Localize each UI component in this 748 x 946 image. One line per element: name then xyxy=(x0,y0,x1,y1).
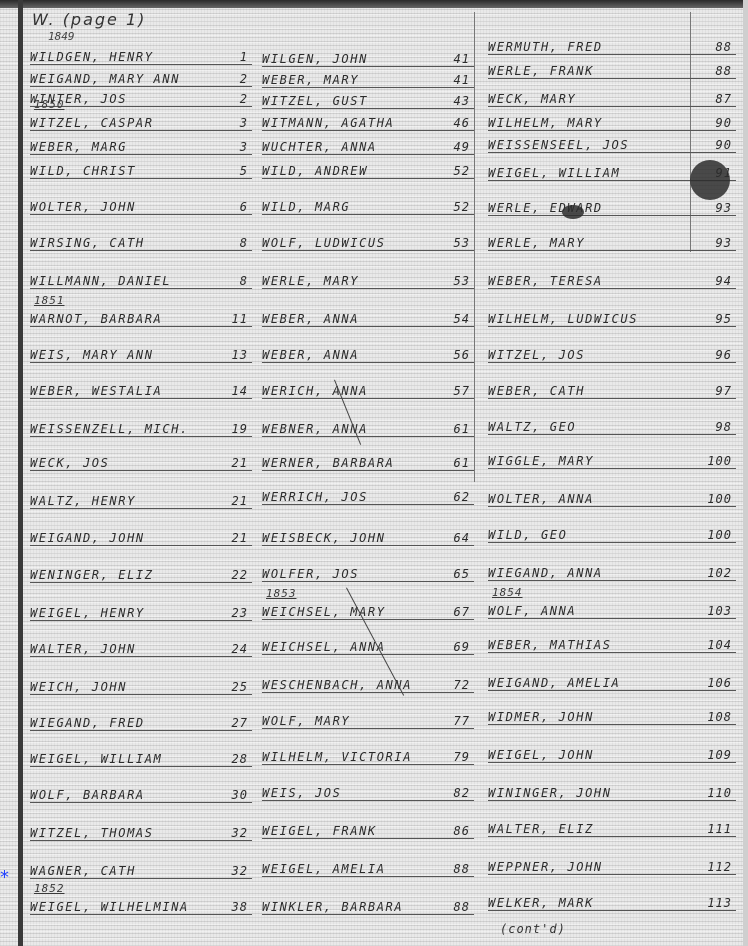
entry-name: WILD, GEO xyxy=(488,528,567,542)
index-entry: WUCHTER, ANNA49 xyxy=(262,138,474,155)
entry-name: WEBER, TERESA xyxy=(488,274,603,288)
entry-page-number: 104 xyxy=(707,638,732,652)
year-marker: 1851 xyxy=(34,294,65,307)
entry-page-number: 113 xyxy=(707,896,732,910)
scan-top-edge xyxy=(0,0,748,8)
entry-name: WITZEL, JOS xyxy=(488,348,585,362)
index-entry: WIDMER, JOHN108 xyxy=(488,708,736,725)
entry-page-number: 2 xyxy=(240,92,248,106)
index-entry: WILD, MARG52 xyxy=(262,198,474,215)
index-entry: WAGNER, CATH32 xyxy=(30,862,252,879)
entry-page-number: 88 xyxy=(454,900,470,914)
entry-name: WEIGEL, HENRY xyxy=(30,606,145,620)
page-header: W. (page 1) xyxy=(32,10,146,29)
entry-name: WILHELM, LUDWICUS xyxy=(488,312,638,326)
index-entry: WERRICH, JOS62 xyxy=(262,488,474,505)
entry-name: WOLFER, JOS xyxy=(262,567,359,581)
entry-page-number: 100 xyxy=(707,454,732,468)
entry-name: WEICHSEL, MARY xyxy=(262,605,386,619)
entry-name: WOLTER, ANNA xyxy=(488,492,594,506)
entry-name: WERNER, BARBARA xyxy=(262,456,394,470)
entry-page-number: 79 xyxy=(454,750,470,764)
entry-page-number: 65 xyxy=(454,567,470,581)
entry-page-number: 27 xyxy=(232,716,248,730)
index-entry: WERLE, FRANK88 xyxy=(488,62,736,79)
index-entry: WERLE, EDWARD93 xyxy=(488,199,736,216)
entry-name: WEIGEL, WILHELMINA xyxy=(30,900,189,914)
entry-name: WERLE, MARY xyxy=(488,236,585,250)
index-entry: WILHELM, MARY90 xyxy=(488,114,736,131)
entry-name: WEBER, MATHIAS xyxy=(488,638,612,652)
entry-page-number: 108 xyxy=(707,710,732,724)
index-entry: WEISSENSEEL, JOS90 xyxy=(488,136,736,153)
entry-name: WOLF, BARBARA xyxy=(30,788,145,802)
index-entry: WILD, ANDREW52 xyxy=(262,162,474,179)
entry-name: WALTZ, HENRY xyxy=(30,494,136,508)
column-divider xyxy=(474,12,475,482)
entry-page-number: 100 xyxy=(707,492,732,506)
entry-page-number: 72 xyxy=(454,678,470,692)
entry-page-number: 103 xyxy=(707,604,732,618)
entry-name: WEIGEL, FRANK xyxy=(262,824,377,838)
entry-page-number: 90 xyxy=(716,116,732,130)
entry-page-number: 57 xyxy=(454,384,470,398)
index-entry: WIEGAND, FRED27 xyxy=(30,714,252,731)
index-entry: WOLF, MARY77 xyxy=(262,712,474,729)
index-entry: WINKLER, BARBARA88 xyxy=(262,898,474,915)
entry-page-number: 102 xyxy=(707,566,732,580)
entry-page-number: 98 xyxy=(716,420,732,434)
index-entry: WIEGAND, ANNA102 xyxy=(488,564,736,581)
entry-name: WININGER, JOHN xyxy=(488,786,612,800)
entry-name: WEIGEL, JOHN xyxy=(488,748,594,762)
index-entry: WOLTER, ANNA100 xyxy=(488,490,736,507)
entry-page-number: 90 xyxy=(716,138,732,152)
entry-page-number: 25 xyxy=(232,680,248,694)
entry-page-number: 87 xyxy=(716,92,732,106)
index-entry: WIRSING, CATH8 xyxy=(30,234,252,251)
index-entry: WEIS, MARY ANN13 xyxy=(30,346,252,363)
index-entry: WOLTER, JOHN6 xyxy=(30,198,252,215)
entry-page-number: 13 xyxy=(232,348,248,362)
entry-name: WEIGAND, JOHN xyxy=(30,531,145,545)
entry-page-number: 14 xyxy=(232,384,248,398)
index-entry: WEICHSEL, MARY67 xyxy=(262,603,474,620)
entry-name: WEBER, MARY xyxy=(262,73,359,87)
entry-page-number: 82 xyxy=(454,786,470,800)
entry-page-number: 62 xyxy=(454,490,470,504)
entry-name: WILD, MARG xyxy=(262,200,350,214)
entry-page-number: 67 xyxy=(454,605,470,619)
entry-name: WENINGER, ELIZ xyxy=(30,568,154,582)
index-entry: WEBER, WESTALIA14 xyxy=(30,382,252,399)
entry-page-number: 97 xyxy=(716,384,732,398)
entry-name: WERLE, FRANK xyxy=(488,64,594,78)
index-entry: WECK, JOS21 xyxy=(30,454,252,471)
entry-page-number: 11 xyxy=(232,312,248,326)
entry-name: WEBER, ANNA xyxy=(262,348,359,362)
index-entry: WILHELM, LUDWICUS95 xyxy=(488,310,736,327)
entry-page-number: 54 xyxy=(454,312,470,326)
entry-name: WALTER, JOHN xyxy=(30,642,136,656)
entry-page-number: 21 xyxy=(232,456,248,470)
entry-name: WERICH, ANNA xyxy=(262,384,368,398)
entry-name: WELKER, MARK xyxy=(488,896,594,910)
index-entry: WEIGAND, MARY ANN2 xyxy=(30,70,252,87)
entry-page-number: 86 xyxy=(454,824,470,838)
entry-page-number: 95 xyxy=(716,312,732,326)
entry-page-number: 52 xyxy=(454,200,470,214)
entry-page-number: 2 xyxy=(240,72,248,86)
entry-page-number: 46 xyxy=(454,116,470,130)
entry-page-number: 43 xyxy=(454,94,470,108)
entry-name: WARNOT, BARBARA xyxy=(30,312,162,326)
entry-page-number: 41 xyxy=(454,73,470,87)
entry-name: WILGEN, JOHN xyxy=(262,52,368,66)
entry-name: WEIS, JOS xyxy=(262,786,341,800)
entry-name: WOLF, ANNA xyxy=(488,604,576,618)
index-entry: WEIGEL, WILHELMINA38 xyxy=(30,898,252,915)
index-entry: WEIGEL, AMELIA88 xyxy=(262,860,474,877)
index-entry: WALTZ, HENRY21 xyxy=(30,492,252,509)
entry-page-number: 88 xyxy=(716,64,732,78)
year-marker: 1854 xyxy=(492,586,523,599)
entry-page-number: 100 xyxy=(707,528,732,542)
entry-name: WEIGEL, WILLIAM xyxy=(488,166,620,180)
entry-name: WEISBECK, JOHN xyxy=(262,531,386,545)
ink-smudge xyxy=(562,205,584,219)
ink-smudge xyxy=(690,160,730,200)
entry-page-number: 38 xyxy=(232,900,248,914)
entry-name: WIRSING, CATH xyxy=(30,236,145,250)
entry-name: WUCHTER, ANNA xyxy=(262,140,377,154)
entry-page-number: 61 xyxy=(454,456,470,470)
entry-page-number: 23 xyxy=(232,606,248,620)
entry-page-number: 21 xyxy=(232,494,248,508)
entry-page-number: 53 xyxy=(454,274,470,288)
entry-name: WILHELM, MARY xyxy=(488,116,603,130)
index-entry: WEBER, TERESA94 xyxy=(488,272,736,289)
entry-name: WILHELM, VICTORIA xyxy=(262,750,412,764)
index-entry: WEPPNER, JOHN112 xyxy=(488,858,736,875)
entry-page-number: 8 xyxy=(240,236,248,250)
entry-name: WITZEL, GUST xyxy=(262,94,368,108)
index-entry: WITZEL, CASPAR3 xyxy=(30,114,252,131)
entry-page-number: 3 xyxy=(240,140,248,154)
entry-page-number: 96 xyxy=(716,348,732,362)
index-entry: WILLMANN, DANIEL8 xyxy=(30,272,252,289)
index-entry: WITMANN, AGATHA46 xyxy=(262,114,474,131)
year-marker: 1852 xyxy=(34,882,65,895)
index-entry: WEBER, CATH97 xyxy=(488,382,736,399)
index-entry: WEIS, JOS82 xyxy=(262,784,474,801)
margin-star-icon: * xyxy=(0,869,9,887)
index-entry: WOLFER, JOS65 xyxy=(262,565,474,582)
entry-page-number: 64 xyxy=(454,531,470,545)
index-entry: WENINGER, ELIZ22 xyxy=(30,566,252,583)
entry-name: WEICHSEL, ANNA xyxy=(262,640,386,654)
entry-name: WEISSENZELL, MICH. xyxy=(30,422,189,436)
entry-page-number: 32 xyxy=(232,864,248,878)
entry-page-number: 49 xyxy=(454,140,470,154)
entry-name: WERLE, MARY xyxy=(262,274,359,288)
index-entry: WEICH, JOHN25 xyxy=(30,678,252,695)
year-marker: 1850 xyxy=(34,98,65,111)
margin-rule xyxy=(18,0,23,946)
entry-name: WERLE, EDWARD xyxy=(488,201,603,215)
entry-page-number: 93 xyxy=(716,236,732,250)
entry-page-number: 56 xyxy=(454,348,470,362)
index-entry: WIGGLE, MARY100 xyxy=(488,452,736,469)
entry-name: WITMANN, AGATHA xyxy=(262,116,394,130)
index-entry: WILHELM, VICTORIA79 xyxy=(262,748,474,765)
index-entry: WOLF, LUDWICUS53 xyxy=(262,234,474,251)
entry-page-number: 19 xyxy=(232,422,248,436)
entry-name: WEIGAND, AMELIA xyxy=(488,676,620,690)
entry-page-number: 112 xyxy=(707,860,732,874)
entry-name: WEBER, ANNA xyxy=(262,312,359,326)
entry-name: WERMUTH, FRED xyxy=(488,40,603,54)
index-entry: WEBNER, ANNA61 xyxy=(262,420,474,437)
index-entry: WESCHENBACH, ANNA72 xyxy=(262,676,474,693)
entry-page-number: 53 xyxy=(454,236,470,250)
entry-name: WEISSENSEEL, JOS xyxy=(488,138,629,152)
entry-name: WECK, JOS xyxy=(30,456,109,470)
year-marker: 1853 xyxy=(266,587,297,600)
entry-name: WEBER, CATH xyxy=(488,384,585,398)
index-entry: WEIGEL, FRANK86 xyxy=(262,822,474,839)
entry-page-number: 1 xyxy=(240,50,248,64)
index-entry: WEBER, MATHIAS104 xyxy=(488,636,736,653)
index-entry: WEIGAND, AMELIA106 xyxy=(488,674,736,691)
entry-name: WEPPNER, JOHN xyxy=(488,860,603,874)
footer-scribble: (cont'd) xyxy=(500,922,566,936)
entry-name: WILDGEN, HENRY xyxy=(30,50,154,64)
index-entry: WERLE, MARY53 xyxy=(262,272,474,289)
entry-name: WEBER, MARG xyxy=(30,140,127,154)
entry-page-number: 77 xyxy=(454,714,470,728)
entry-name: WAGNER, CATH xyxy=(30,864,136,878)
entry-name: WIEGAND, ANNA xyxy=(488,566,603,580)
index-entry: WALTZ, GEO98 xyxy=(488,418,736,435)
entry-page-number: 69 xyxy=(454,640,470,654)
entry-page-number: 6 xyxy=(240,200,248,214)
index-entry: WARNOT, BARBARA11 xyxy=(30,310,252,327)
entry-name: WEIGAND, MARY ANN xyxy=(30,72,180,86)
entry-page-number: 106 xyxy=(707,676,732,690)
index-entry: WEIGAND, JOHN21 xyxy=(30,529,252,546)
entry-name: WECK, MARY xyxy=(488,92,576,106)
entry-page-number: 111 xyxy=(707,822,732,836)
entry-page-number: 30 xyxy=(232,788,248,802)
index-entry: WITZEL, THOMAS32 xyxy=(30,824,252,841)
index-entry: WERICH, ANNA57 xyxy=(262,382,474,399)
entry-page-number: 88 xyxy=(716,40,732,54)
index-entry: WEICHSEL, ANNA69 xyxy=(262,638,474,655)
entry-page-number: 22 xyxy=(232,568,248,582)
entry-name: WILD, CHRIST xyxy=(30,164,136,178)
index-entry: WALTER, JOHN24 xyxy=(30,640,252,657)
index-entry: WEBER, MARY41 xyxy=(262,71,474,88)
entry-name: WOLF, LUDWICUS xyxy=(262,236,386,250)
index-entry: WEISSENZELL, MICH.19 xyxy=(30,420,252,437)
index-entry: WOLF, BARBARA30 xyxy=(30,786,252,803)
entry-name: WILD, ANDREW xyxy=(262,164,368,178)
index-entry: WEIGEL, HENRY23 xyxy=(30,604,252,621)
index-entry: WITZEL, GUST43 xyxy=(262,92,474,109)
entry-name: WITZEL, CASPAR xyxy=(30,116,154,130)
entry-page-number: 41 xyxy=(454,52,470,66)
entry-name: WEIS, MARY ANN xyxy=(30,348,154,362)
entry-page-number: 109 xyxy=(707,748,732,762)
entry-page-number: 52 xyxy=(454,164,470,178)
entry-name: WESCHENBACH, ANNA xyxy=(262,678,412,692)
entry-page-number: 8 xyxy=(240,274,248,288)
index-entry: WEIGEL, WILLIAM28 xyxy=(30,750,252,767)
scanned-document-page: W. (page 1) 1849 WILDGEN, HENRY1WEIGAND,… xyxy=(0,0,748,946)
index-entry: WILGEN, JOHN41 xyxy=(262,50,474,67)
entry-page-number: 32 xyxy=(232,826,248,840)
entry-name: WEICH, JOHN xyxy=(30,680,127,694)
entry-page-number: 93 xyxy=(716,201,732,215)
entry-name: WIGGLE, MARY xyxy=(488,454,594,468)
index-entry: WOLF, ANNA103 xyxy=(488,602,736,619)
index-entry: WERMUTH, FRED88 xyxy=(488,38,736,55)
entry-page-number: 24 xyxy=(232,642,248,656)
index-entry: WEIGEL, JOHN109 xyxy=(488,746,736,763)
scan-right-edge xyxy=(743,0,748,946)
entry-name: WERRICH, JOS xyxy=(262,490,368,504)
index-entry: WEISBECK, JOHN64 xyxy=(262,529,474,546)
entry-name: WOLF, MARY xyxy=(262,714,350,728)
entry-name: WINKLER, BARBARA xyxy=(262,900,403,914)
entry-page-number: 28 xyxy=(232,752,248,766)
entry-name: WALTER, ELIZ xyxy=(488,822,594,836)
entry-name: WEBER, WESTALIA xyxy=(30,384,162,398)
entry-page-number: 94 xyxy=(716,274,732,288)
entry-page-number: 61 xyxy=(454,422,470,436)
index-entry: WITZEL, JOS96 xyxy=(488,346,736,363)
entry-name: WOLTER, JOHN xyxy=(30,200,136,214)
entry-page-number: 88 xyxy=(454,862,470,876)
index-entry: WEBER, ANNA56 xyxy=(262,346,474,363)
index-entry: WALTER, ELIZ111 xyxy=(488,820,736,837)
entry-page-number: 3 xyxy=(240,116,248,130)
entry-name: WALTZ, GEO xyxy=(488,420,576,434)
entry-name: WILLMANN, DANIEL xyxy=(30,274,171,288)
index-entry: WININGER, JOHN110 xyxy=(488,784,736,801)
index-entry: WELKER, MARK113 xyxy=(488,894,736,911)
entry-name: WIEGAND, FRED xyxy=(30,716,145,730)
index-entry: WERLE, MARY93 xyxy=(488,234,736,251)
entry-name: WEIGEL, AMELIA xyxy=(262,862,386,876)
index-entry: WEBER, ANNA54 xyxy=(262,310,474,327)
index-entry: WILD, CHRIST5 xyxy=(30,162,252,179)
entry-name: WEIGEL, WILLIAM xyxy=(30,752,162,766)
index-entry: WERNER, BARBARA61 xyxy=(262,454,474,471)
index-entry: WILDGEN, HENRY1 xyxy=(30,48,252,65)
index-entry: WECK, MARY87 xyxy=(488,90,736,107)
entry-page-number: 110 xyxy=(707,786,732,800)
entry-name: WIDMER, JOHN xyxy=(488,710,594,724)
entry-name: WITZEL, THOMAS xyxy=(30,826,154,840)
entry-page-number: 5 xyxy=(240,164,248,178)
header-year: 1849 xyxy=(48,30,75,43)
index-entry: WILD, GEO100 xyxy=(488,526,736,543)
entry-page-number: 21 xyxy=(232,531,248,545)
index-entry: WEBER, MARG3 xyxy=(30,138,252,155)
